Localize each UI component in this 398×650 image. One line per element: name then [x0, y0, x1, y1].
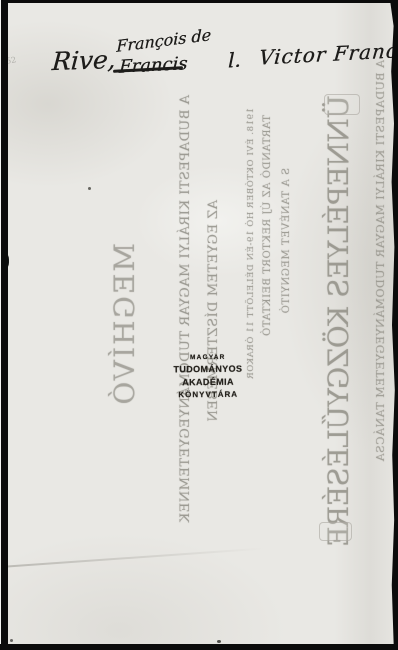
stamp-line-konyvtara: KÖNYVTÁRA [147, 388, 269, 401]
mirrored-line-rector: TARTANDÓ AZ ÚJ REKTORT BEIKTATÓ [262, 115, 273, 337]
scan-border-bottom [0, 644, 398, 650]
ink-speck-center [88, 187, 91, 190]
mirrored-title-assembly: ÜNNEPÉLYES KÖZGYŰLÉSÉRE [322, 95, 355, 546]
emboss-mark-bottom [319, 522, 352, 541]
corrected-name-text: François de [116, 25, 211, 56]
reference-name-text: Victor Franc [258, 38, 398, 69]
scan-border-top [0, 0, 398, 3]
photo-card-back: MEGHÍVÓ A BUDAPESTI KIRÁLYI MAGYAR TUDOM… [0, 0, 398, 650]
stamp-line-akademia: TUDOMÁNYOS AKADÉMIA [147, 362, 269, 389]
scan-border-right [390, 0, 398, 650]
emboss-mark-top [324, 94, 360, 115]
mirrored-line-university: A BUDAPESTI KIRÁLYI MAGYAR TUDOMÁNYEGYET… [178, 95, 193, 523]
paper-crease [0, 548, 264, 568]
surname-text: Rive, [51, 45, 117, 76]
see-abbrev-text: l. [228, 47, 241, 72]
scan-border-left [1, 0, 8, 650]
mirrored-line-date: 1918. ÉVI OKTÓBER HÓ 19-ÉN DÉLELŐTT 11 Ó… [246, 108, 256, 379]
library-stamp: MAGYAR TUDOMÁNYOS AKADÉMIA KÖNYVTÁRA [147, 352, 269, 401]
mirrored-footer-council: A BUDAPESTI KIRÁLYI MAGYAR TUDOMÁNYEGYET… [374, 60, 387, 462]
mirrored-line-term: S A TANÉVET MEGNYITÓ [281, 168, 292, 314]
ink-speck-bottom-left [10, 639, 13, 642]
mirrored-heading-meghivo: MEGHÍVÓ [108, 243, 141, 407]
ink-speck-bottom [217, 640, 221, 643]
